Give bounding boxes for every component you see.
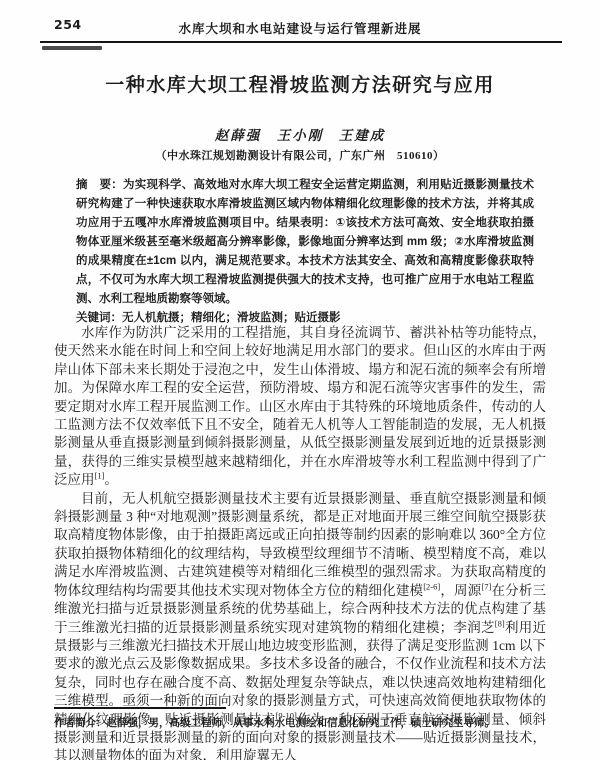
paragraph-2-text-b: ，周源: [440, 583, 481, 598]
citation-7: [7]: [481, 581, 491, 591]
body-text: 水库作为防洪广泛采用的工程措施，其自身径流调节、蓄洪补枯等功能特点，使天然来水能…: [54, 324, 546, 760]
scanned-paper-page: 254 水库大坝和水电站建设与运行管理新进展 一种水库大坝工程滑坡监测方法研究与…: [0, 0, 600, 760]
authors-line: 赵薛强 王小刚 王建成: [0, 124, 600, 144]
footnote-label: 作者简介：: [54, 717, 107, 729]
footnote-text: 赵薛强，男，高级工程师，从事水利水电测绘和信息化研究工作，硕士研究生导师。: [107, 717, 496, 729]
abstract-label: 摘 要：: [76, 179, 123, 191]
keywords-label: 关键词：: [76, 312, 122, 324]
paper-title: 一种水库大坝工程滑坡监测方法研究与应用: [0, 70, 600, 97]
running-header-title: 水库大坝和水电站建设与运行管理新进展: [0, 19, 600, 37]
paragraph-2-text-d: 利用近景摄影与三维激光扫描技术开展山地边坡变形监测，获得了满足变形监测 1cm …: [54, 620, 546, 727]
paragraph-1: 水库作为防洪广泛采用的工程措施，其自身径流调节、蓄洪补枯等功能特点，使天然来水能…: [54, 324, 546, 490]
paragraph-1-text: 水库作为防洪广泛采用的工程措施，其自身径流调节、蓄洪补枯等功能特点，使天然来水能…: [54, 325, 546, 487]
abstract-paragraph: 摘 要：为实现科学、高效地对水库大坝工程安全运营定期监测，利用贴近摄影测量技术研…: [76, 176, 534, 309]
keywords-text: 无人机航摄；精细化；滑坡监测；贴近摄影: [122, 312, 341, 324]
abstract-text: 为实现科学、高效地对水库大坝工程安全运营定期监测，利用贴近摄影测量技术研究构建了…: [76, 179, 534, 305]
paragraph-2-text-a: 目前，无人机航空摄影测量技术主要有近景摄影测量、垂直航空摄影测量和倾斜摄影测量 …: [54, 491, 546, 598]
author-bio-footnote: 作者简介：赵薛强，男，高级工程师，从事水利水电测绘和信息化研究工作，硕士研究生导…: [54, 716, 554, 731]
header-divider: [40, 41, 562, 43]
citation-8: [8]: [495, 618, 505, 628]
footnote-divider: [54, 707, 226, 709]
paragraph-1-end: 。: [104, 472, 118, 487]
scan-artifact: [42, 46, 102, 50]
citation-2-6: [2-6]: [423, 581, 440, 591]
affiliation-line: （中水珠江规划勘测设计有限公司，广东广州 510610）: [0, 147, 600, 163]
abstract-block: 摘 要：为实现科学、高效地对水库大坝工程安全运营定期监测，利用贴近摄影测量技术研…: [76, 176, 534, 328]
citation-1: [1]: [95, 471, 105, 481]
